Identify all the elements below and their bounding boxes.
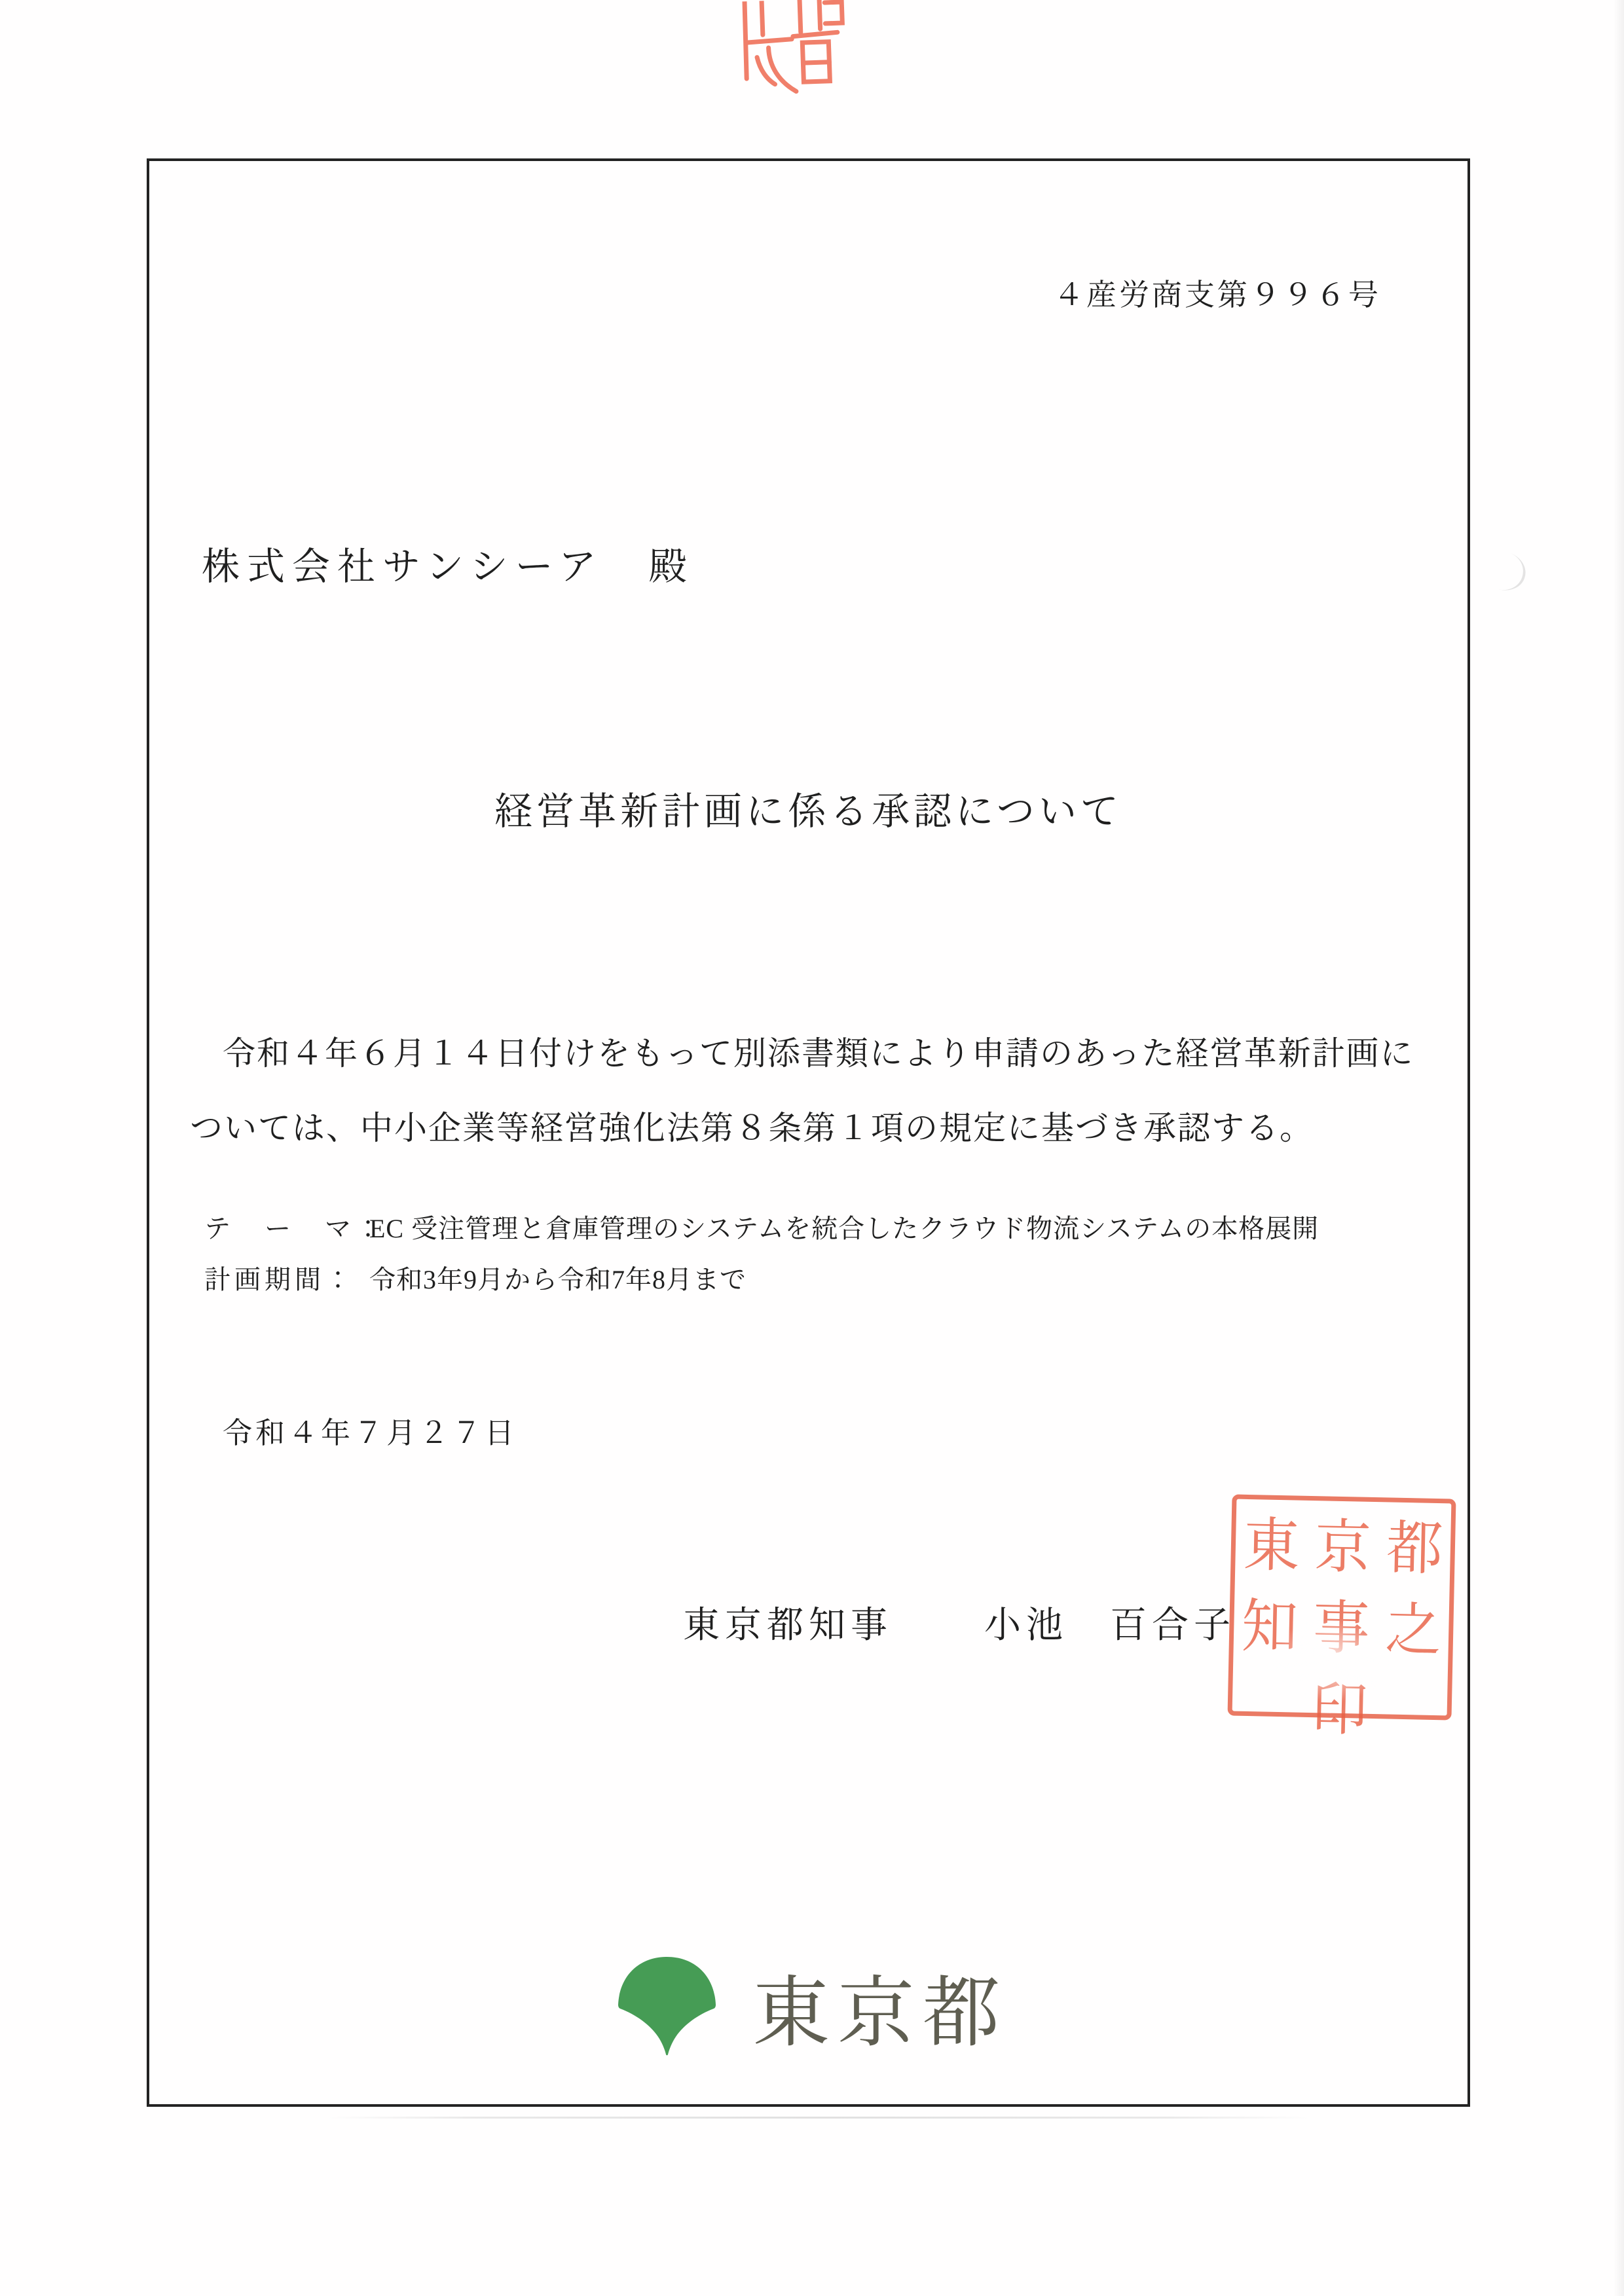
body-line-2: ついては、中小企業等経営強化法第８条第１項の規定に基づき承認する。 [190, 1091, 1434, 1165]
scanned-document-page: ４産労商支第９９６号 株式会社サンシーア 殿 経営革新計画に係る承認について 令… [0, 0, 1624, 2296]
theme-value: EC 受注管理と倉庫管理のシステムを統合したクラウド物流システムの本格展開 [369, 1214, 1319, 1243]
body-paragraph: 令和４年６月１４日付けをもって別添書類により申請のあった経営革新計画に ついては… [190, 1016, 1434, 1165]
document-title: 経営革新計画に係る承認について [149, 780, 1467, 835]
seal-character [1232, 1660, 1305, 1745]
tally-seal-icon [728, 0, 846, 111]
governor-seal-stamp: 東 京 都 知 事 之 印 [1227, 1494, 1456, 1720]
tokyo-ginkgo-leaf-icon [618, 1957, 716, 2056]
scan-smudge [1477, 546, 1531, 596]
document-number: ４産労商支第９９６号 [1054, 271, 1381, 314]
seal-character: 知 [1233, 1578, 1306, 1664]
plan-details: テ ー マ：EC 受注管理と倉庫管理のシステムを統合したクラウド物流システムの本… [204, 1203, 1319, 1305]
period-value: 令和3年9月から令和7年8月まで [369, 1265, 747, 1294]
seal-character: 事 [1304, 1580, 1378, 1666]
tally-seal-stamp [728, 0, 846, 111]
tokyo-metropolitan-logo: 東京都 [618, 1956, 1008, 2056]
period-label: 計画期間： [204, 1254, 369, 1305]
scan-streak [327, 2117, 1310, 2119]
period-row: 計画期間：令和3年9月から令和7年8月まで [204, 1254, 1319, 1305]
signature-line: 東京都知事小池 百合子 [683, 1596, 1236, 1649]
document-border-frame: ４産労商支第９９６号 株式会社サンシーア 殿 経営革新計画に係る承認について 令… [147, 158, 1470, 2107]
seal-character: 東 [1235, 1497, 1308, 1583]
seal-character: 之 [1376, 1582, 1450, 1667]
signer-title: 東京都知事 [683, 1605, 893, 1646]
seal-character: 印 [1303, 1661, 1376, 1747]
seal-character: 都 [1378, 1501, 1451, 1586]
seal-character [1375, 1663, 1448, 1749]
addressee-line: 株式会社サンシーア 殿 [202, 536, 694, 591]
signer-name: 小池 百合子 [984, 1605, 1236, 1646]
theme-label: テ ー マ： [204, 1203, 369, 1254]
tokyo-logo-text: 東京都 [752, 1950, 1008, 2062]
issue-date: 令和４年７月２７日 [223, 1409, 517, 1451]
body-line-1: 令和４年６月１４日付けをもって別添書類により申請のあった経営革新計画に [190, 1016, 1434, 1091]
theme-row: テ ー マ：EC 受注管理と倉庫管理のシステムを統合したクラウド物流システムの本… [204, 1203, 1319, 1254]
seal-character: 京 [1306, 1499, 1380, 1584]
scan-edge-shade [1614, 0, 1624, 2296]
